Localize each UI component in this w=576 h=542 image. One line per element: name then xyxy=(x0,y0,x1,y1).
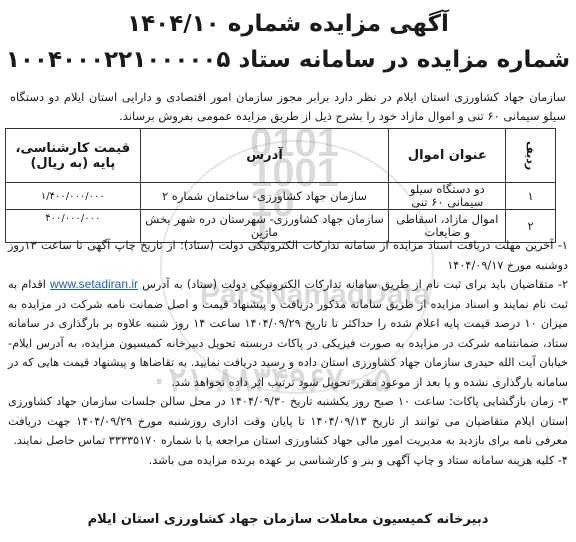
header-row-number: ردیف xyxy=(506,129,556,183)
intro-paragraph: سازمان جهاد کشاورزی استان ایلام در نظر د… xyxy=(10,88,566,126)
auction-notice: 0101 1001 10 1 ParsNamadData ۰۲۱-۸۸۳۴۹۶۷… xyxy=(0,0,576,542)
term-4: ۴- کلیه هزینه سامانه ستاد و چاپ آگهی و ب… xyxy=(8,451,568,471)
header-asset-title: عنوان اموال xyxy=(389,129,506,183)
table-row: ۱ دو دستگاه سیلو سیمانی ۶۰ تنی سازمان جه… xyxy=(6,183,556,210)
term-1: ۱- آخرین مهلت دریافت اسناد مزایده از سام… xyxy=(8,236,568,275)
table-header-row: ردیف عنوان اموال آدرس قیمت کارشناسی، پای… xyxy=(6,129,556,183)
term-2: ۲- متقاضیان باید برای ثبت نام از طریق سا… xyxy=(8,275,568,392)
issuer-signature: دبیرخانه کمیسیون معاملات سازمان جهاد کشا… xyxy=(0,512,576,527)
term-3: ۳- زمان بازگشایی پاکات: ساعت ۱۰ صبح روز … xyxy=(8,392,568,451)
assets-table: ردیف عنوان اموال آدرس قیمت کارشناسی، پای… xyxy=(5,128,556,243)
header-address: آدرس xyxy=(140,129,389,183)
row-number: ۱ xyxy=(506,183,556,210)
asset-price: ۱/۴۰۰/۰۰۰/۰۰۰ xyxy=(6,183,141,210)
asset-title: دو دستگاه سیلو سیمانی ۶۰ تنی xyxy=(389,183,506,210)
asset-address: سازمان جهاد کشاورزی- ساختمان شماره ۲ xyxy=(140,183,389,210)
terms-section: ۱- آخرین مهلت دریافت اسناد مزایده از سام… xyxy=(8,236,568,470)
header-base-price: قیمت کارشناسی، پایه (به ریال) xyxy=(6,129,141,183)
notice-title: آگهی مزایده شماره ۱۴۰۴/۱۰ xyxy=(0,10,576,38)
term-2-intro: ۲- متقاضیان باید برای ثبت نام از طریق سا… xyxy=(142,278,568,291)
term-2-rest: اقدام به ثبت نام نمایند و اسناد مزایده ا… xyxy=(8,278,568,389)
auction-number: شماره مزایده در سامانه ستاد ۱۰۰۴۰۰۰۲۲۱۰۰… xyxy=(0,46,576,74)
setadiran-link[interactable]: www.setadiran.ir xyxy=(50,277,138,291)
